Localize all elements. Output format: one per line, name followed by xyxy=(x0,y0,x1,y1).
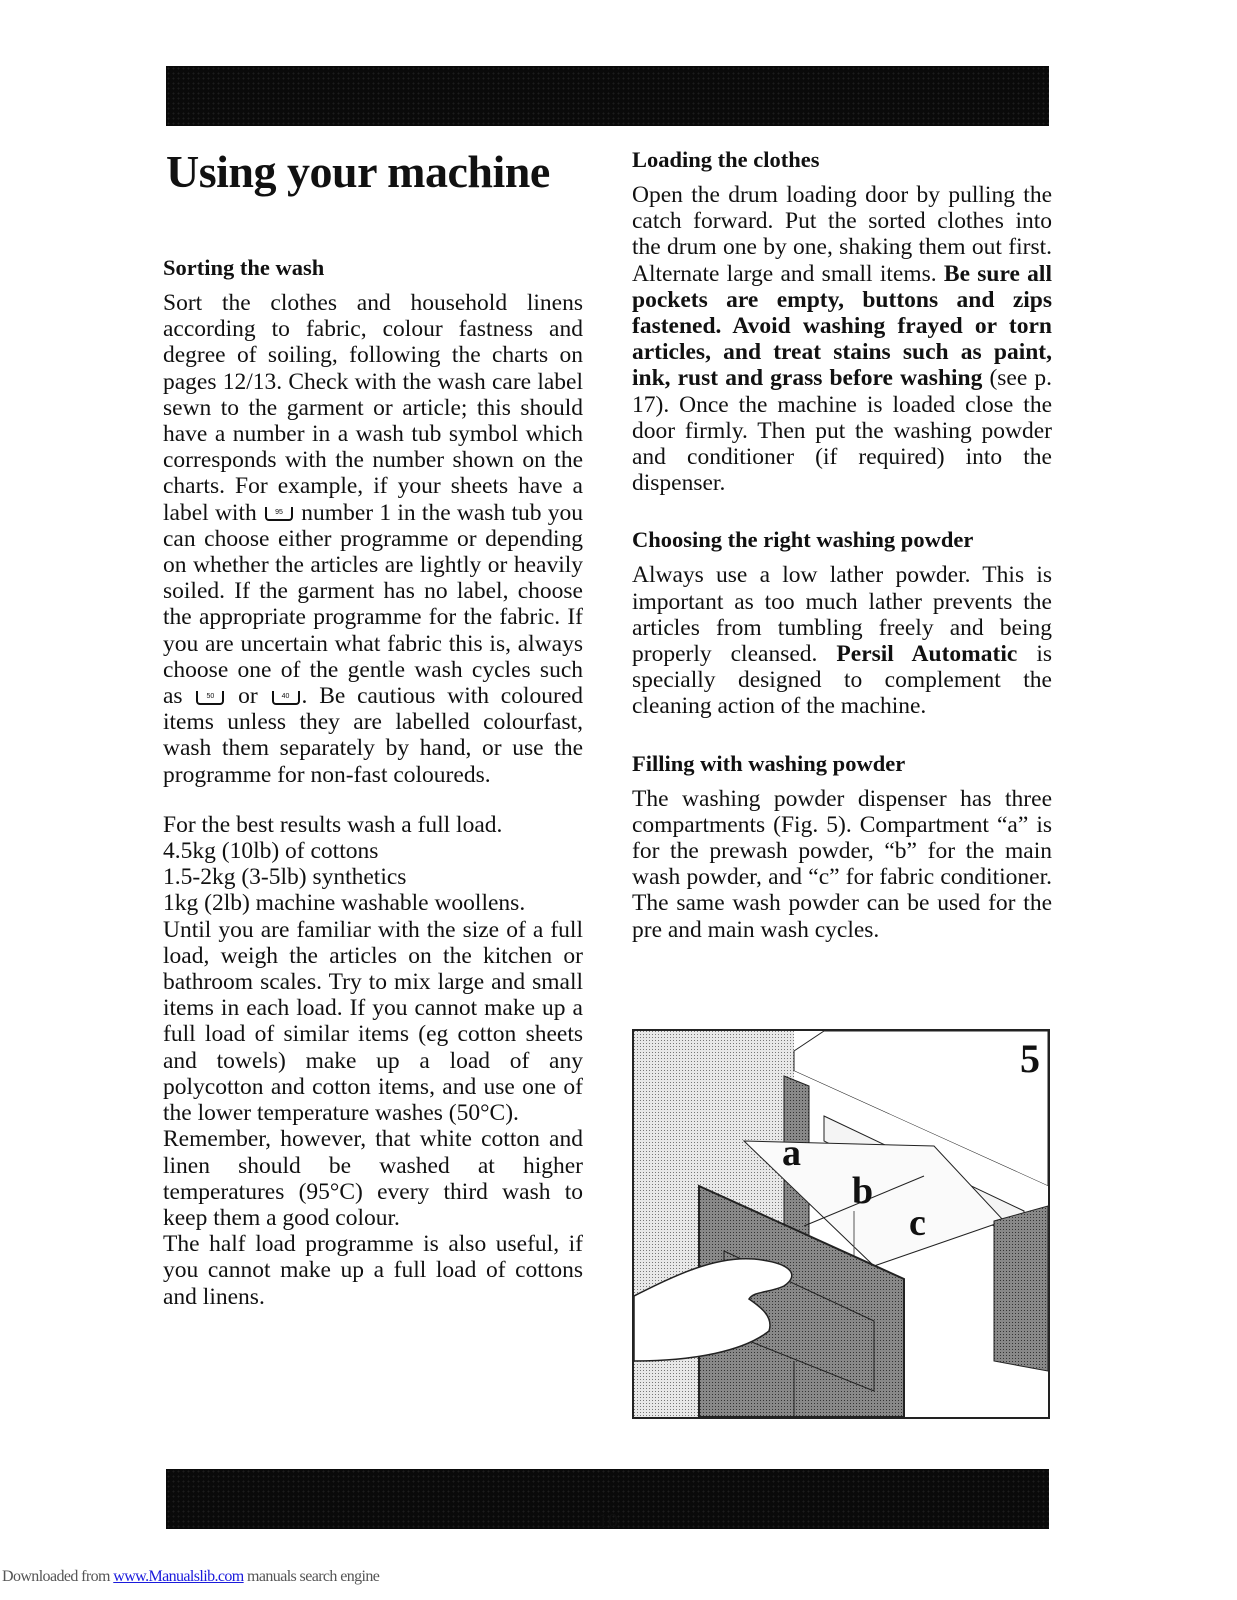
dispenser-drawer-illustration xyxy=(634,1031,1048,1417)
section-heading-sorting: Sorting the wash xyxy=(163,254,583,282)
figure-number: 5 xyxy=(1020,1035,1040,1082)
page-number: 10 xyxy=(598,1510,618,1533)
wash-tub-95-icon: 95 xyxy=(265,507,293,521)
load-synthetics: 1.5-2kg (3-5lb) synthetics xyxy=(163,864,583,890)
compartment-b-label: b xyxy=(852,1169,873,1213)
left-column: Sorting the wash Sort the clothes and ho… xyxy=(163,254,583,1310)
section-heading-filling: Filling with washing powder xyxy=(632,750,1052,778)
sorting-paragraph: Sort the clothes and household linens ac… xyxy=(163,290,583,788)
compartment-c-label: c xyxy=(909,1201,926,1245)
load-intro: For the best results wash a full load. xyxy=(163,812,583,838)
filling-paragraph: The washing powder dispenser has three c… xyxy=(632,786,1052,943)
right-column: Loading the clothes Open the drum loadin… xyxy=(632,146,1052,943)
manualslib-link[interactable]: www.Manualslib.com xyxy=(113,1568,243,1585)
wash-tub-50-icon: 50 xyxy=(196,691,224,705)
header-band xyxy=(166,66,1049,126)
section-heading-loading: Loading the clothes xyxy=(632,146,1052,174)
brand-name: Persil Automatic xyxy=(836,641,1017,667)
loading-paragraph: Open the drum loading door by pulling th… xyxy=(632,182,1052,496)
powder-paragraph: Always use a low lather powder. This is … xyxy=(632,562,1052,719)
load-paragraph: Until you are familiar with the size of … xyxy=(163,917,583,1127)
dispenser-figure: 5 a b c xyxy=(632,1029,1050,1419)
half-load-paragraph: The half load programme is also useful, … xyxy=(163,1231,583,1310)
compartment-a-label: a xyxy=(782,1131,801,1175)
page-title: Using your machine xyxy=(166,140,550,204)
white-cotton-paragraph: Remember, however, that white cotton and… xyxy=(163,1126,583,1231)
load-woollens: 1kg (2lb) machine washable woollens. xyxy=(163,890,583,916)
wash-tub-40-icon: 40 xyxy=(272,691,300,705)
load-cottons: 4.5kg (10lb) of cottons xyxy=(163,838,583,864)
download-footer: Downloaded from www.Manualslib.com manua… xyxy=(2,1568,379,1586)
section-heading-powder: Choosing the right washing powder xyxy=(632,526,1052,554)
